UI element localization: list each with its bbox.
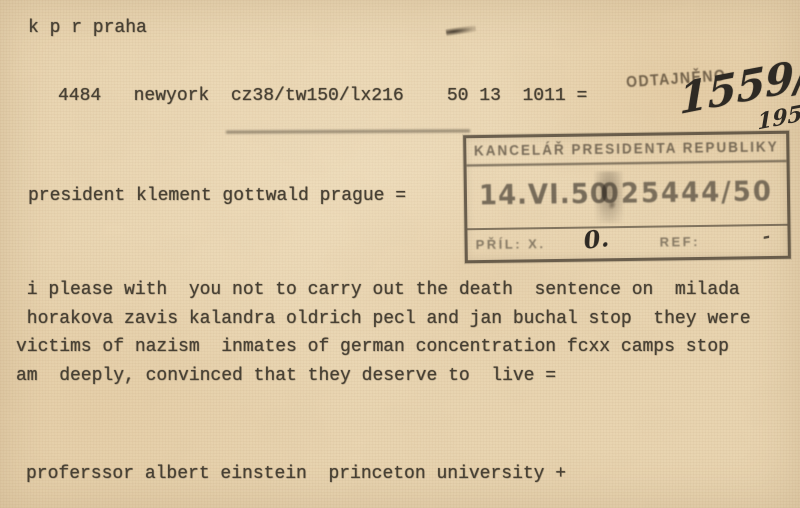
body-line: i please with you not to carry out the d… <box>16 276 751 305</box>
telegram-document: k p r praha 4484 newyork cz38/tw150/lx21… <box>0 0 800 508</box>
received-stamp-box: KANCELÁŘ PRESIDENTA REPUBLIKY 14.VI.50 0… <box>463 131 791 264</box>
ink-smudge <box>446 25 477 36</box>
stamp-middle-row: 14.VI.50 025444/50 <box>467 161 788 230</box>
routing-header: k p r praha <box>28 18 147 38</box>
stamp-reference-label: REF: <box>660 234 701 250</box>
stamp-reference-handwritten-value: - <box>760 226 771 248</box>
stamp-bottom-row: PŘÍL: X. 0. REF: - <box>467 226 787 260</box>
stamp-date: 14.VI.50 <box>479 179 609 212</box>
stamp-attachments-label: PŘÍL: X. <box>476 236 546 252</box>
stamp-attachments-handwritten-value: 0. <box>582 223 610 255</box>
body-line: am deeply, convinced that they deserve t… <box>16 362 751 391</box>
body-line: horakova zavis kalandra oldrich pecl and… <box>16 305 751 334</box>
message-body: i please with you not to carry out the d… <box>16 276 751 390</box>
signature-line: proferssor albert einstein princeton uni… <box>26 464 566 484</box>
body-line: victims of nazism inmates of german conc… <box>16 333 751 362</box>
stamp-file-number: 025444/50 <box>601 176 774 210</box>
addressee-line: president klement gottwald prague = <box>28 186 406 206</box>
stamp-ink-smear <box>226 129 470 133</box>
service-line: 4484 newyork cz38/tw150/lx216 50 13 1011… <box>58 86 587 106</box>
